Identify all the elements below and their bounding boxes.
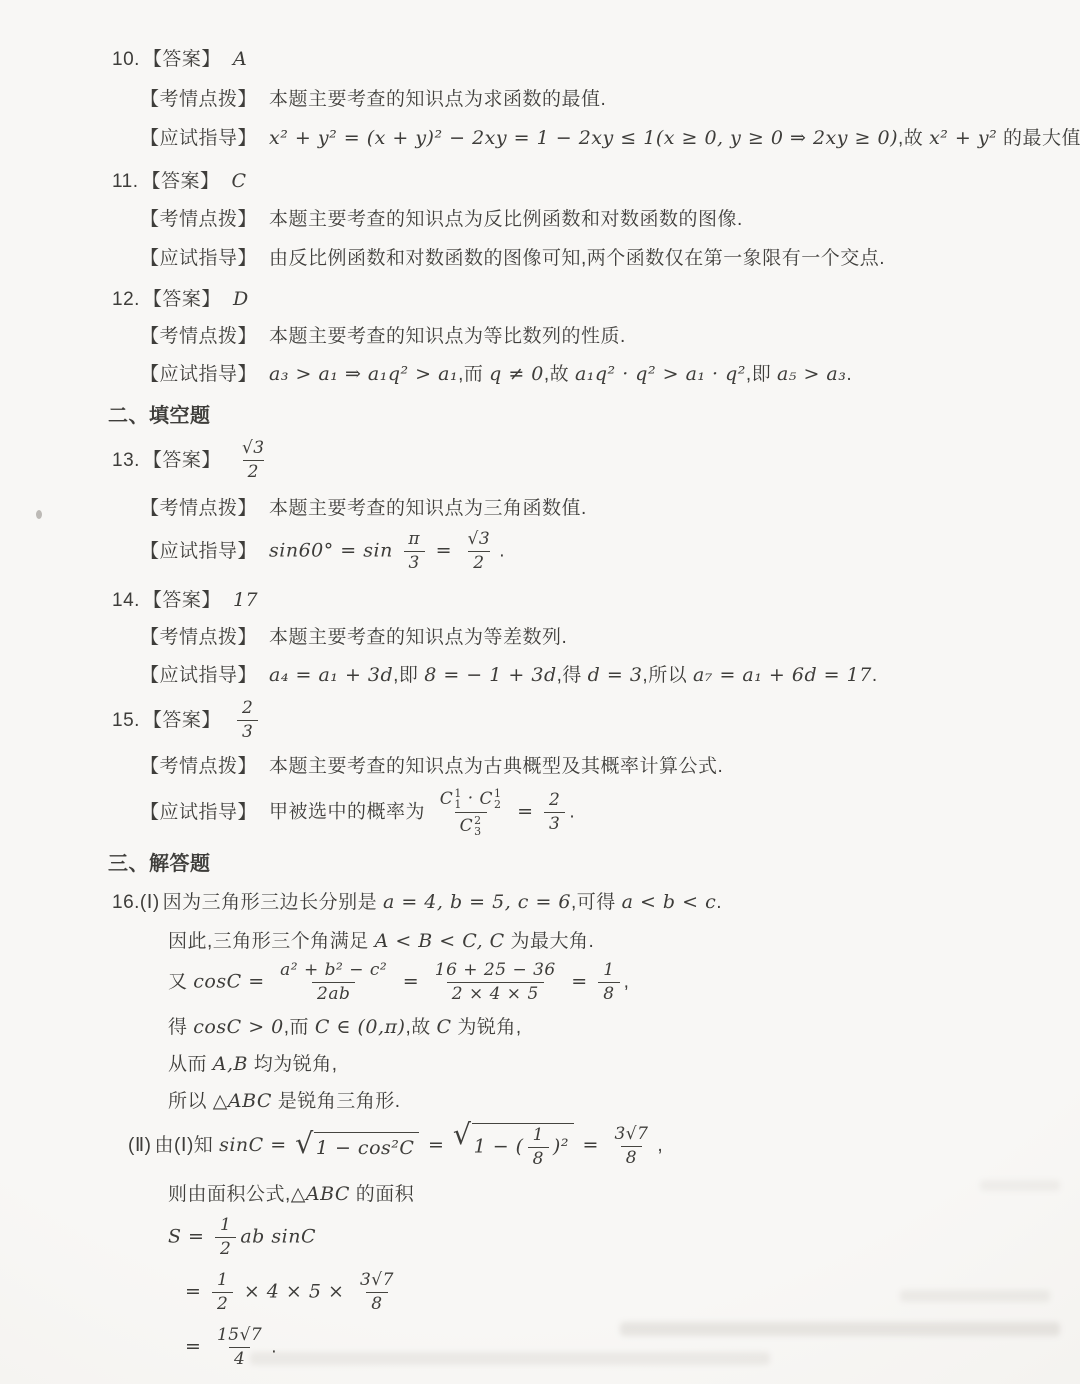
- text-run: ,: [624, 972, 630, 993]
- doc-line: 【考情点拨】本题主要考查的知识点为等比数列的性质.: [112, 324, 1080, 350]
- item-number: 16.(Ⅰ): [112, 892, 160, 913]
- fraction-denominator: 2: [468, 551, 489, 573]
- math-run: cosC =: [193, 971, 271, 993]
- math-run: 15√7: [217, 1325, 262, 1345]
- fraction: 16 + 25 − 362 × 4 × 5: [430, 961, 561, 1004]
- row-label: 【应试指导】: [140, 665, 257, 686]
- binomial-scripts: 11: [454, 788, 462, 810]
- item-number: (Ⅱ): [128, 1135, 152, 1156]
- scanned-answer-page: 10.【答案】A【考情点拨】本题主要考查的知识点为求函数的最值.【应试指导】x²…: [0, 0, 1080, 1384]
- text-run: ,即: [746, 364, 777, 385]
- radical: √1 − (18)²: [453, 1123, 574, 1169]
- item-number: 11.: [112, 171, 139, 192]
- text-run: ,故: [544, 364, 575, 385]
- doc-line: S = 12ab sinC: [112, 1216, 1080, 1259]
- math-run: S =: [168, 1226, 211, 1248]
- text-run: .: [569, 802, 575, 823]
- math-run: cosC > 0: [193, 1016, 283, 1038]
- math-run: a₇ = a₁ + 6d = 17: [693, 664, 872, 686]
- doc-line: 又 cosC = a² + b² − c²2ab = 16 + 25 − 362…: [112, 961, 1080, 1004]
- text-run: 是锐角三角形.: [272, 1091, 401, 1112]
- math-run: 2: [242, 698, 253, 718]
- math-run: 1: [220, 1215, 231, 1235]
- math-run: a < b < c: [622, 891, 717, 913]
- document-content: 10.【答案】A【考情点拨】本题主要考查的知识点为求函数的最值.【应试指导】x²…: [112, 46, 1080, 1369]
- math-run: 3√7: [614, 1124, 648, 1144]
- row-label: 【考情点拨】: [140, 498, 257, 519]
- fraction-numerator: 3√7: [355, 1271, 399, 1292]
- radical-sign-icon: √: [295, 1132, 314, 1161]
- text-run: ,可得: [571, 892, 622, 913]
- math-run: 8: [626, 1148, 637, 1168]
- math-run: 2ab: [317, 984, 350, 1004]
- text-run: 的最大值为 1.: [997, 128, 1080, 149]
- math-run: 8: [371, 1294, 382, 1314]
- binomial-coefficient: C23: [460, 815, 482, 837]
- item-number: 12.: [112, 289, 140, 310]
- math-run: C: [232, 170, 247, 192]
- fraction: 23: [237, 699, 258, 742]
- text-run: ,即: [393, 665, 424, 686]
- bleed-through-mark: [900, 1290, 1050, 1302]
- bleed-through-mark: [620, 1322, 1060, 1336]
- fraction-numerator: 1: [528, 1126, 549, 1147]
- math-run: a = 4, b = 5, c = 6: [383, 891, 571, 913]
- fraction-numerator: √3: [463, 530, 496, 551]
- math-run: q ≠ 0: [489, 363, 544, 385]
- math-run: 8: [603, 984, 614, 1004]
- row-label: 【考情点拨】: [140, 209, 257, 230]
- fraction: π3: [403, 530, 425, 573]
- math-run: 17: [233, 589, 258, 611]
- row-label: 【答案】: [143, 289, 221, 310]
- fraction-denominator: 8: [621, 1146, 642, 1168]
- fraction-denominator: 8: [366, 1292, 387, 1314]
- text-run: 因为三角形三边长分别是: [163, 892, 383, 913]
- math-run: 2: [248, 462, 259, 482]
- math-run: π: [408, 529, 420, 549]
- doc-line: 【应试指导】甲被选中的概率为 C11 · C12C23 = 23.: [112, 788, 1080, 837]
- text-run: 由反比例函数和对数函数的图像可知,两个函数仅在第一象限有一个交点.: [269, 248, 885, 269]
- text-run: 本题主要考查的知识点为等差数列.: [269, 627, 567, 648]
- fraction-numerator: √3: [237, 439, 270, 460]
- fraction-denominator: 3: [544, 812, 565, 834]
- scan-speck: [36, 510, 42, 519]
- fraction-denominator: C23: [455, 812, 487, 837]
- fraction-denominator: 3: [237, 720, 258, 742]
- fraction: 18: [598, 961, 619, 1004]
- fraction-numerator: a² + b² − c²: [275, 961, 392, 982]
- section-heading: 三、解答题: [108, 851, 1080, 877]
- math-run: =: [565, 971, 595, 993]
- fraction-numerator: 1: [212, 1271, 233, 1292]
- text-run: 本题主要考查的知识点为三角函数值.: [269, 498, 587, 519]
- math-run: A: [233, 48, 247, 70]
- math-run: =: [185, 1336, 208, 1358]
- text-run: ,故: [898, 128, 929, 149]
- doc-line: 【考情点拨】本题主要考查的知识点为等差数列.: [112, 625, 1080, 651]
- fraction-numerator: 16 + 25 − 36: [430, 961, 561, 982]
- math-run: 2: [220, 1239, 231, 1259]
- math-run: =: [429, 540, 459, 562]
- fraction-denominator: 2: [212, 1292, 233, 1314]
- fraction: √32: [463, 530, 496, 573]
- doc-line: 【考情点拨】本题主要考查的知识点为求函数的最值.: [112, 87, 1080, 113]
- math-run: a² + b² − c²: [280, 960, 387, 980]
- row-label: 【答案】: [143, 710, 221, 731]
- math-run: 3: [242, 722, 253, 742]
- math-run: D: [233, 288, 249, 310]
- text-run: 得: [168, 1017, 193, 1038]
- math-run: )²: [553, 1136, 569, 1158]
- fraction-numerator: 2: [237, 699, 258, 720]
- row-label: 【考情点拨】: [140, 756, 257, 777]
- math-run: 2: [473, 553, 484, 573]
- text-run: .: [872, 665, 878, 686]
- row-label: 【应试指导】: [140, 802, 257, 823]
- math-run: C ∈ (0,π): [315, 1016, 406, 1038]
- doc-line: 【考情点拨】本题主要考查的知识点为古典概型及其概率计算公式.: [112, 754, 1080, 780]
- doc-line: 15.【答案】23: [112, 699, 1080, 742]
- fraction: 12: [212, 1271, 233, 1314]
- math-run: =: [421, 1134, 451, 1156]
- section-heading: 二、填空题: [108, 403, 1080, 429]
- doc-line: 14.【答案】17: [112, 587, 1080, 614]
- text-run: 为最大角.: [505, 931, 595, 952]
- row-label: 【答案】: [143, 590, 221, 611]
- math-run: 4: [234, 1349, 245, 1369]
- doc-line: 11.【答案】C: [112, 168, 1080, 195]
- subscript: 2: [494, 799, 502, 810]
- doc-line: 则由面积公式,△ABC 的面积: [112, 1181, 1080, 1208]
- math-run: 1 − cos²C: [316, 1137, 415, 1159]
- math-run: 16 + 25 − 36: [435, 960, 556, 980]
- doc-line: 【应试指导】由反比例函数和对数函数的图像可知,两个函数仅在第一象限有一个交点.: [112, 246, 1080, 272]
- doc-line: 12.【答案】D: [112, 286, 1080, 313]
- text-run: 则由面积公式,: [168, 1184, 291, 1205]
- math-run: 8: [533, 1149, 544, 1169]
- text-run: 均为锐角,: [248, 1054, 338, 1075]
- text-run: .: [716, 892, 722, 913]
- math-run: A < B < C, C: [375, 930, 505, 952]
- text-run: 二、填空题: [108, 405, 211, 427]
- binomial-scripts: 12: [494, 788, 502, 810]
- row-label: 【应试指导】: [140, 128, 257, 149]
- radical-sign-icon: √: [453, 1123, 472, 1169]
- math-run: a₁q² · q² > a₁ · q²: [575, 363, 746, 385]
- fraction: 3√78: [355, 1271, 399, 1314]
- row-label: 【应试指导】: [140, 248, 257, 269]
- math-run: A,B: [213, 1053, 248, 1075]
- binomial-coefficient: C12: [480, 788, 502, 810]
- math-run: 2: [217, 1294, 228, 1314]
- math-run: 1: [603, 960, 614, 980]
- row-label: 【答案】: [142, 171, 220, 192]
- binomial-base: C: [480, 790, 494, 809]
- binomial-base: C: [440, 790, 454, 809]
- subscript: 1: [454, 799, 462, 810]
- subscript: 3: [474, 826, 482, 837]
- text-run: ,而: [284, 1017, 315, 1038]
- text-run: 的面积: [350, 1184, 414, 1205]
- doc-line: 13.【答案】√32: [112, 439, 1080, 482]
- fraction-denominator: 3: [404, 551, 425, 573]
- fraction: C11 · C12C23: [435, 788, 507, 837]
- radical-body: 1 − (18)²: [472, 1123, 574, 1169]
- doc-line: 16.(Ⅰ)因为三角形三边长分别是 a = 4, b = 5, c = 6,可得…: [112, 889, 1080, 916]
- doc-line: 【应试指导】sin60° = sin π3 = √32.: [112, 530, 1080, 573]
- text-run: .: [846, 364, 852, 385]
- math-run: a₄ = a₁ + 3d: [269, 664, 393, 686]
- fraction-denominator: 8: [598, 982, 619, 1004]
- fraction-numerator: 1: [598, 961, 619, 982]
- math-run: x² + y² = (x + y)² − 2xy = 1 − 2xy ≤ 1(x…: [269, 127, 898, 149]
- fraction-denominator: 8: [528, 1147, 549, 1169]
- doc-line: 【应试指导】a₃ > a₁ ⇒ a₁q² > a₁,而 q ≠ 0,故 a₁q²…: [112, 361, 1080, 388]
- math-run: △ABC: [213, 1090, 272, 1112]
- text-run: 所以: [168, 1091, 213, 1112]
- text-run: ,: [657, 1135, 663, 1156]
- math-run: a₃ > a₁ ⇒ a₁q² > a₁: [269, 363, 458, 385]
- item-number: 15.: [112, 710, 140, 731]
- text-run: 由(Ⅰ)知: [155, 1135, 220, 1156]
- bleed-through-mark: [250, 1352, 770, 1365]
- text-run: ,所以: [642, 665, 693, 686]
- fraction-numerator: π: [403, 530, 425, 551]
- binomial-coefficient: C11: [440, 788, 462, 810]
- fraction: 18: [528, 1126, 549, 1169]
- binomial-scripts: 23: [474, 815, 482, 837]
- fraction-numerator: 2: [544, 791, 565, 812]
- math-run: 1: [533, 1125, 544, 1145]
- math-run: sinC =: [219, 1134, 293, 1156]
- bleed-through-mark: [980, 1180, 1060, 1191]
- math-run: 8 = − 1 + 3d: [424, 664, 556, 686]
- math-run: ab sinC: [240, 1226, 316, 1248]
- fraction-numerator: 1: [215, 1216, 236, 1237]
- fraction-numerator: C11 · C12: [435, 788, 507, 812]
- doc-line: 【考情点拨】本题主要考查的知识点为三角函数值.: [112, 496, 1080, 522]
- doc-line: 得 cosC > 0,而 C ∈ (0,π),故 C 为锐角,: [112, 1014, 1080, 1041]
- text-run: 本题主要考查的知识点为等比数列的性质.: [269, 326, 626, 347]
- doc-line: (Ⅱ)由(Ⅰ)知 sinC = √1 − cos²C = √1 − (18)² …: [112, 1123, 1080, 1169]
- math-run: 1 − (: [474, 1136, 524, 1158]
- math-run: × 4 × 5 ×: [237, 1281, 351, 1303]
- row-label: 【答案】: [143, 49, 221, 70]
- binomial-base: C: [460, 817, 474, 836]
- text-run: 为锐角,: [452, 1017, 522, 1038]
- text-run: ,故: [405, 1017, 436, 1038]
- math-run: 2: [549, 790, 560, 810]
- math-run: √3: [468, 529, 491, 549]
- text-run: 从而: [168, 1054, 213, 1075]
- fraction-denominator: 2ab: [312, 982, 355, 1004]
- text-run: 本题主要考查的知识点为古典概型及其概率计算公式.: [269, 756, 723, 777]
- item-number: 10.: [112, 49, 140, 70]
- fraction-numerator: 15√7: [212, 1326, 267, 1347]
- math-run: C: [437, 1016, 452, 1038]
- math-run: x² + y²: [929, 127, 997, 149]
- doc-line: 因此,三角形三个角满足 A < B < C, C 为最大角.: [112, 928, 1080, 955]
- row-label: 【考情点拨】: [140, 326, 257, 347]
- row-label: 【考情点拨】: [140, 627, 257, 648]
- doc-line: 【应试指导】x² + y² = (x + y)² − 2xy = 1 − 2xy…: [112, 125, 1080, 152]
- fraction: 12: [215, 1216, 236, 1259]
- math-run: 3√7: [360, 1270, 394, 1290]
- item-number: 13.: [112, 450, 140, 471]
- math-run: △ABC: [291, 1183, 350, 1205]
- row-label: 【答案】: [143, 450, 221, 471]
- doc-line: 【应试指导】a₄ = a₁ + 3d,即 8 = − 1 + 3d,得 d = …: [112, 662, 1080, 689]
- item-number: 14.: [112, 590, 140, 611]
- fraction-denominator: 2 × 4 × 5: [447, 982, 544, 1004]
- text-run: 本题主要考查的知识点为反比例函数和对数函数的图像.: [269, 209, 743, 230]
- math-run: =: [576, 1134, 606, 1156]
- fraction: 23: [544, 791, 565, 834]
- doc-line: 【考情点拨】本题主要考查的知识点为反比例函数和对数函数的图像.: [112, 207, 1080, 233]
- math-run: sin60° = sin: [269, 540, 399, 562]
- fraction-denominator: 4: [229, 1347, 250, 1369]
- math-run: d = 3: [588, 664, 643, 686]
- fraction: a² + b² − c²2ab: [275, 961, 392, 1004]
- fraction: 3√78: [609, 1125, 653, 1168]
- math-run: 3: [409, 553, 420, 573]
- doc-line: 10.【答案】A: [112, 46, 1080, 73]
- text-run: 本题主要考查的知识点为求函数的最值.: [269, 89, 606, 110]
- doc-line: 所以 △ABC 是锐角三角形.: [112, 1088, 1080, 1115]
- text-run: .: [499, 541, 505, 562]
- fraction-denominator: 2: [243, 460, 264, 482]
- fraction-denominator: 2: [215, 1237, 236, 1259]
- math-run: =: [185, 1281, 208, 1303]
- row-label: 【应试指导】: [140, 364, 257, 385]
- math-run: 1: [217, 1270, 228, 1290]
- doc-line: 从而 A,B 均为锐角,: [112, 1051, 1080, 1078]
- math-run: ·: [462, 789, 480, 809]
- row-label: 【应试指导】: [140, 541, 257, 562]
- fraction-numerator: 3√7: [609, 1125, 653, 1146]
- text-run: 三、解答题: [108, 853, 211, 875]
- radical: √1 − cos²C: [295, 1132, 419, 1161]
- math-run: =: [396, 971, 426, 993]
- math-run: 2 × 4 × 5: [452, 984, 539, 1004]
- fraction: √32: [237, 439, 270, 482]
- text-run: ,而: [458, 364, 489, 385]
- text-run: 因此,三角形三个角满足: [168, 931, 375, 952]
- text-run: 甲被选中的概率为: [269, 802, 431, 823]
- radical-body: 1 − cos²C: [314, 1132, 420, 1161]
- math-run: √3: [242, 438, 265, 458]
- math-run: =: [511, 801, 541, 823]
- text-run: 又: [168, 972, 193, 993]
- math-run: a₅ > a₃: [777, 363, 846, 385]
- math-run: 3: [549, 814, 560, 834]
- row-label: 【考情点拨】: [140, 89, 257, 110]
- text-run: ,得: [557, 665, 588, 686]
